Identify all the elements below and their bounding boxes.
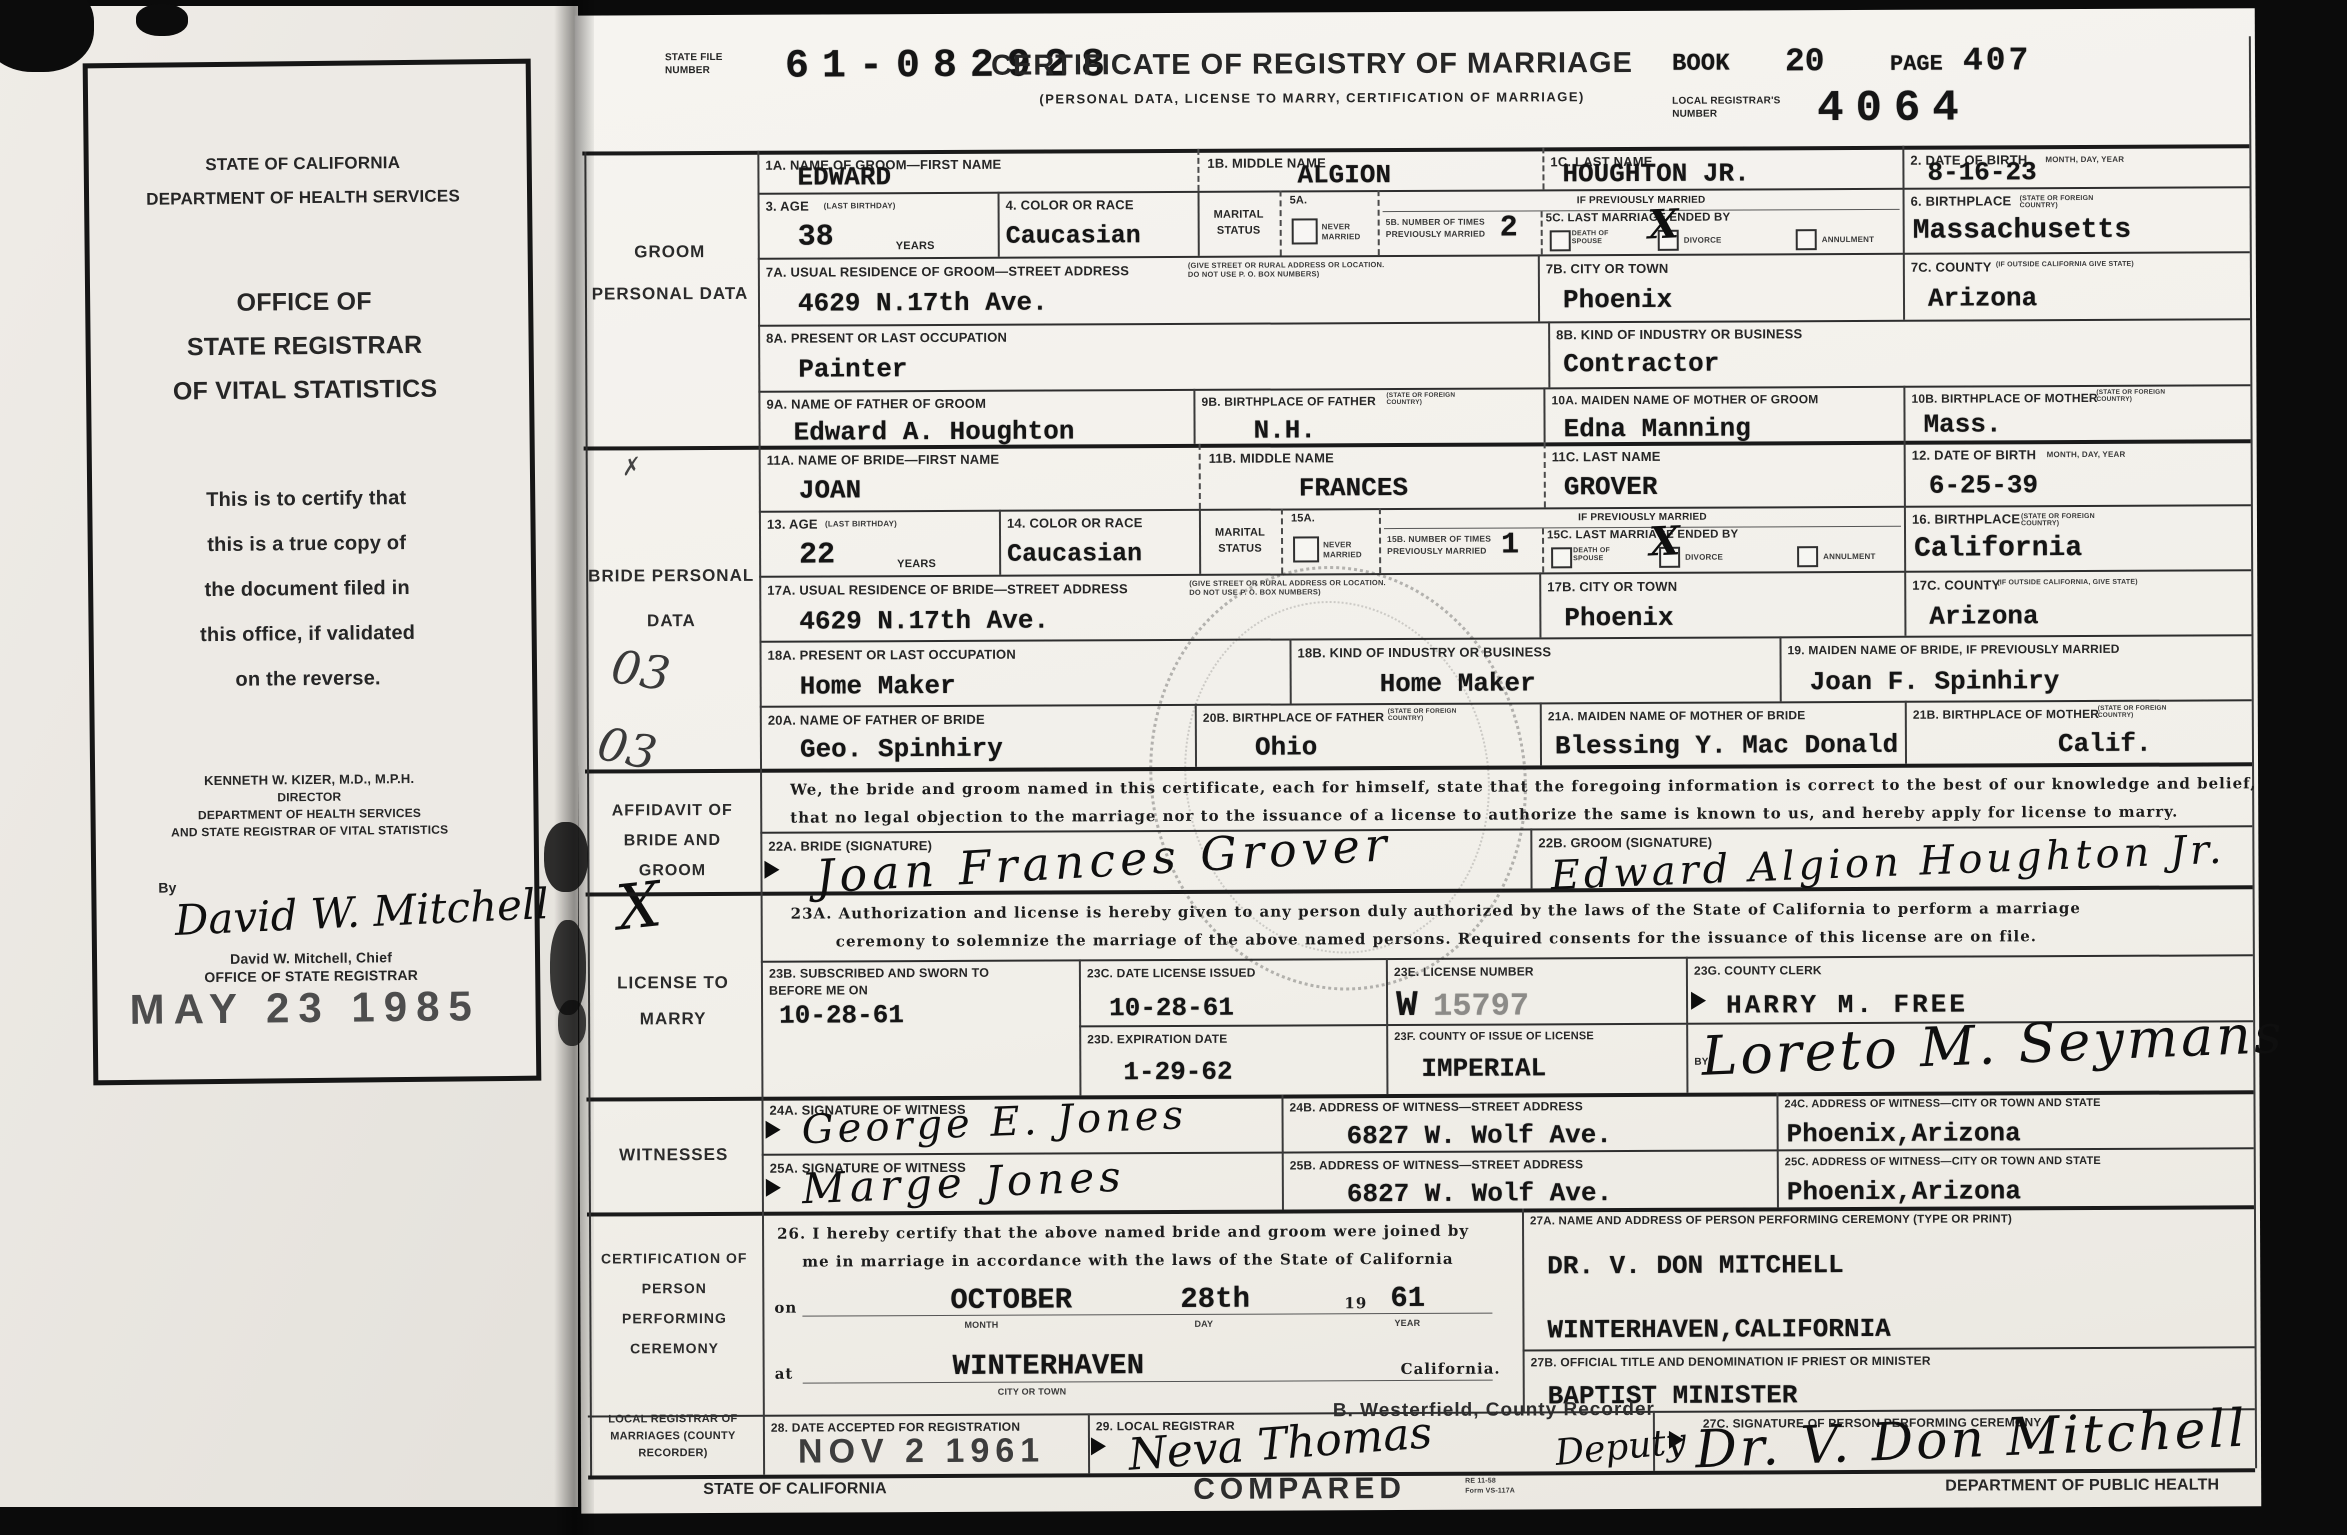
divider	[1193, 389, 1195, 444]
bride-first-name-label: 11A. NAME OF BRIDE—FIRST NAME	[767, 452, 1000, 468]
margin-note-03-a: 03	[608, 639, 674, 701]
ceremony-city-value: WINTERHAVEN	[953, 1349, 1145, 1383]
divider	[1379, 508, 1381, 573]
section-label-bride: BRIDE PERSONAL DATA	[587, 553, 755, 644]
groom-industry-label: 8B. KIND OF INDUSTRY OR BUSINESS	[1556, 326, 1802, 342]
ceremony-day-label: DAY	[1194, 1319, 1213, 1329]
section-label-local-registrar: LOCAL REGISTRAR OF MARRIAGES (COUNTY REC…	[589, 1411, 757, 1463]
divider	[1903, 386, 1905, 441]
scan-artifact	[558, 1000, 586, 1046]
groom-never-married-number: 5A.	[1290, 194, 1308, 206]
groom-first-name-value: EDWARD	[797, 162, 891, 192]
groom-times-married-value: 2	[1500, 211, 1518, 245]
bride-mother-birthplace-value: Calif.	[2058, 729, 2152, 759]
sworn-date-label: 23B. SUBSCRIBED AND SWORN TO BEFORE ME O…	[769, 965, 1009, 1000]
groom-mother-birthplace-sublabel: (STATE OR FOREIGN COUNTRY)	[2096, 389, 2166, 403]
witness2-city-value: Phoenix,Arizona	[1787, 1176, 2021, 1207]
groom-death-of-spouse-checkbox	[1550, 230, 1571, 251]
footer-department: DEPARTMENT OF PUBLIC HEALTH	[1945, 1476, 2219, 1495]
bride-birthplace-sublabel: (STATE OR FOREIGN COUNTRY)	[2021, 513, 2116, 527]
groom-county-value: Arizona	[1928, 283, 2037, 313]
local-registrar-number: 4064	[1817, 84, 1971, 135]
county-clerk-label: 23G. COUNTY CLERK	[1694, 963, 1822, 978]
groom-residence-sublabel: (GIVE STREET OR RURAL ADDRESS OR LOCATIO…	[1188, 260, 1398, 279]
divider	[1378, 190, 1380, 255]
groom-occupation-value: Painter	[798, 354, 907, 384]
ceremony-month-value: OCTOBER	[950, 1283, 1072, 1317]
bride-father-name-label: 20A. NAME OF FATHER OF BRIDE	[768, 712, 985, 728]
groom-dob-value: 8-16-23	[1927, 157, 2036, 187]
groom-city-value: Phoenix	[1563, 285, 1672, 315]
license-number-digits: 15797	[1433, 987, 1529, 1024]
bride-middle-name-label: 11B. MIDDLE NAME	[1209, 450, 1334, 466]
groom-county-label: 7C. COUNTY	[1911, 259, 1992, 274]
witness1-city-value: Phoenix,Arizona	[1787, 1118, 2021, 1149]
divider	[1779, 636, 1781, 701]
ceremony-on-label: on	[774, 1299, 797, 1317]
expiration-date-value: 1-29-62	[1123, 1057, 1232, 1087]
bride-marriage-ended-label: 15C. LAST MARRIAGE ENDED BY	[1547, 529, 1738, 542]
bride-mother-birthplace-label: 21B. BIRTHPLACE OF MOTHER	[1913, 707, 2099, 722]
ceremony-text-line2: me in marriage in accordance with the la…	[802, 1250, 1453, 1271]
bride-maiden-name-value: Joan F. Spinhiry	[1810, 666, 2060, 697]
groom-father-name-value: Edward A. Houghton	[794, 416, 1075, 447]
ceremony-state-label: California.	[1401, 1360, 1501, 1378]
page-value: 407	[1963, 42, 2032, 79]
county-recorder-stamp: B. Westerfield, County Recorder	[1333, 1399, 1655, 1422]
groom-city-label: 7B. CITY OR TOWN	[1546, 261, 1669, 277]
groom-times-married-label: 5B. NUMBER OF TIMES PREVIOUSLY MARRIED	[1386, 216, 1498, 240]
bride-middle-name-value: FRANCES	[1299, 473, 1408, 503]
ceremony-at-label: at	[775, 1365, 794, 1383]
groom-father-birthplace-value: N.H.	[1253, 415, 1316, 445]
registration-date-stamp: NOV 2 1961	[798, 1432, 1045, 1472]
section-label-groom: GROOM PERSONAL DATA	[586, 231, 754, 316]
groom-last-name-value: HOUGHTON JR.	[1562, 158, 1749, 189]
license-number-prefix: W	[1396, 985, 1418, 1026]
bride-county-value: Arizona	[1929, 601, 2038, 631]
bride-maiden-name-label: 19. MAIDEN NAME OF BRIDE, IF PREVIOUSLY …	[1787, 642, 2119, 657]
witness1-street-value: 6827 W. Wolf Ave.	[1347, 1120, 1612, 1151]
bride-mother-name-label: 21A. MAIDEN NAME OF MOTHER OF BRIDE	[1548, 708, 1806, 723]
divider	[1197, 149, 1199, 191]
section-label-witnesses: WITNESSES	[590, 1145, 758, 1166]
groom-middle-name-value: ALGION	[1297, 160, 1391, 190]
bride-never-married-option: NEVER MARRIED	[1323, 540, 1375, 560]
divider	[1544, 442, 1546, 507]
bride-county-sublabel: (IF OUTSIDE CALIFORNIA, GIVE STATE)	[1997, 579, 2138, 587]
bride-county-label: 17C. COUNTY	[1912, 577, 2000, 592]
ceremony-text-line1: 26. I hereby certify that the above name…	[777, 1222, 1469, 1243]
groom-occupation-label: 8A. PRESENT OR LAST OCCUPATION	[766, 330, 1007, 346]
bride-city-label: 17B. CITY OR TOWN	[1547, 579, 1677, 595]
bride-birthplace-value: California	[1914, 533, 2082, 565]
arrow-marker-icon	[766, 1179, 781, 1197]
officiant-title-label: 27B. OFFICIAL TITLE AND DENOMINATION IF …	[1531, 1354, 1931, 1370]
groom-father-birthplace-sublabel: (STATE OR FOREIGN COUNTRY)	[1386, 392, 1456, 406]
license-issued-label: 23C. DATE LICENSE ISSUED	[1087, 966, 1256, 981]
ceremony-year-value: 61	[1390, 1282, 1425, 1315]
groom-never-married-checkbox	[1292, 218, 1318, 244]
groom-county-sublabel: (IF OUTSIDE CALIFORNIA GIVE STATE)	[1996, 261, 2134, 269]
margin-x-mark: X	[613, 867, 665, 944]
bride-times-married-label: 15B. NUMBER OF TIMES PREVIOUSLY MARRIED	[1387, 533, 1499, 557]
bride-mother-birthplace-sublabel: (STATE OR FOREIGN COUNTRY)	[2098, 705, 2168, 719]
bride-city-value: Phoenix	[1564, 603, 1673, 633]
groom-birthplace-value: Massachusetts	[1913, 215, 2132, 247]
county-of-issue-label: 23F. COUNTY OF ISSUE OF LICENSE	[1394, 1030, 1594, 1043]
groom-father-name-label: 9A. NAME OF FATHER OF GROOM	[766, 396, 986, 412]
groom-death-of-spouse-option: DEATH OF SPOUSE	[1572, 230, 1626, 246]
groom-if-previously-married-header: IF PREVIOUSLY MARRIED	[1383, 194, 1900, 207]
bride-divorce-option: DIVORCE	[1685, 553, 1723, 562]
bride-if-previously-married-header: IF PREVIOUSLY MARRIED	[1384, 511, 1901, 524]
bride-annulment-option: ANNULMENT	[1823, 552, 1876, 561]
groom-annulment-option: ANNULMENT	[1822, 235, 1875, 244]
bride-mother-name-value: Blessing Y. Mac Donald	[1555, 730, 1898, 761]
footer-form-number: Form VS-117A	[1465, 1488, 1515, 1495]
scan-artifact	[544, 822, 588, 892]
bride-dob-value: 6-25-39	[1929, 470, 2038, 500]
witness1-city-label: 24C. ADDRESS OF WITNESS—CITY OR TOWN AND…	[1784, 1097, 2100, 1110]
divider	[1905, 701, 1907, 764]
bride-never-married-number: 15A.	[1291, 512, 1315, 524]
officiant-name-value: DR. V. DON MITCHELL	[1547, 1250, 1844, 1281]
bride-age-sublabel: (LAST BIRTHDAY)	[825, 519, 897, 528]
bride-occupation-value: Home Maker	[800, 671, 956, 702]
bride-last-name-label: 11C. LAST NAME	[1552, 449, 1661, 464]
bride-times-married-value: 1	[1501, 528, 1519, 562]
book-label: BOOK	[1672, 51, 1730, 78]
page-fold-shadow	[554, 0, 594, 1535]
ceremony-day-value: 28th	[1180, 1283, 1250, 1316]
divider	[1088, 1413, 1090, 1473]
groom-age-label: 3. AGE	[766, 199, 809, 214]
page-label: PAGE	[1890, 52, 1943, 77]
divider	[1198, 191, 1200, 256]
groom-birthplace-label: 6. BIRTHPLACE	[1911, 193, 2012, 208]
ceremony-city-label: CITY OR TOWN	[998, 1386, 1067, 1396]
groom-divorce-x-mark: X	[1647, 200, 1680, 248]
book-value: 20	[1785, 43, 1825, 80]
scan-artifact	[136, 4, 188, 36]
divider	[1281, 509, 1283, 574]
officiant-name-label: 27A. NAME AND ADDRESS OF PERSON PERFORMI…	[1530, 1213, 2012, 1227]
local-registrar-number-label: LOCAL REGISTRAR'S NUMBER	[1672, 94, 1782, 120]
groom-never-married-option: NEVER MARRIED	[1322, 222, 1374, 242]
divider	[1542, 147, 1544, 189]
form-title: CERTIFICATE OF REGISTRY OF MARRIAGE	[972, 47, 1652, 83]
groom-residence-value: 4629 N.17th Ave.	[798, 288, 1048, 319]
groom-mother-birthplace-value: Mass.	[1923, 409, 2001, 439]
divider	[1539, 572, 1541, 637]
arrow-marker-icon	[766, 1121, 781, 1139]
county-of-issue-value: IMPERIAL	[1421, 1053, 1546, 1084]
bride-dob-label: 12. DATE OF BIRTH	[1912, 447, 2037, 463]
bride-occupation-label: 18A. PRESENT OR LAST OCCUPATION	[768, 647, 1016, 663]
footer-revision-note: RE 11-58	[1465, 1478, 1496, 1485]
ceremony-month-label: MONTH	[964, 1320, 998, 1330]
groom-dob-sublabel: MONTH, DAY, YEAR	[2045, 155, 2124, 164]
section-label-license: LICENSE TO MARRY	[589, 965, 757, 1038]
state-file-label: STATE FILE NUMBER	[665, 51, 727, 77]
bride-first-name-value: JOAN	[799, 475, 862, 505]
form-layer: STATE FILE NUMBER 61-082928 CERTIFICATE …	[0, 0, 2347, 1535]
divider	[1530, 828, 1532, 888]
bride-marital-status-label: MARITAL STATUS	[1205, 525, 1275, 557]
witness2-city-label: 25C. ADDRESS OF WITNESS—CITY OR TOWN AND…	[1785, 1155, 2101, 1168]
bride-father-name-value: Geo. Spinhiry	[800, 734, 1003, 765]
divider	[1542, 528, 1544, 572]
bride-age-unit: YEARS	[897, 558, 936, 570]
divider	[1548, 321, 1550, 387]
form-subtitle: (PERSONAL DATA, LICENSE TO MARRY, CERTIF…	[1002, 89, 1622, 107]
bride-death-of-spouse-option: DEATH OF SPOUSE	[1573, 547, 1627, 563]
sworn-date-value: 10-28-61	[779, 1000, 904, 1031]
divider	[999, 510, 1001, 575]
license-issued-value: 10-28-61	[1109, 993, 1234, 1024]
bride-never-married-checkbox	[1293, 536, 1319, 562]
section-label-certification: CERTIFICATION OF PERSON PERFORMING CEREM…	[590, 1243, 759, 1364]
bride-dob-sublabel: MONTH, DAY, YEAR	[2047, 450, 2126, 459]
divider	[1199, 509, 1201, 574]
groom-annulment-checkbox	[1796, 229, 1817, 250]
bride-age-label: 13. AGE	[767, 517, 818, 532]
footer-state: STATE OF CALIFORNIA	[703, 1480, 887, 1499]
bride-last-name-value: GROVER	[1564, 472, 1658, 502]
groom-marriage-ended-label: 5C. LAST MARRIAGE ENDED BY	[1546, 212, 1731, 225]
bride-race-label: 14. COLOR OR RACE	[1007, 515, 1143, 531]
groom-age-sublabel: (LAST BIRTHDAY)	[824, 201, 896, 210]
groom-birthplace-sublabel: (STATE OR FOREIGN COUNTRY)	[2020, 195, 2115, 209]
groom-race-label: 4. COLOR OR RACE	[1006, 197, 1134, 213]
groom-residence-label: 7A. USUAL RESIDENCE OF GROOM—STREET ADDR…	[766, 263, 1129, 280]
bride-birthplace-label: 16. BIRTHPLACE	[1912, 511, 2020, 526]
ceremony-year-label: YEAR	[1394, 1318, 1420, 1328]
bride-divorce-x-mark: X	[1648, 517, 1681, 565]
arrow-marker-icon	[1691, 992, 1706, 1010]
bride-annulment-checkbox	[1797, 546, 1818, 567]
expiration-date-label: 23D. EXPIRATION DATE	[1087, 1032, 1227, 1047]
divider	[1199, 444, 1201, 509]
divider	[998, 192, 1000, 257]
scanned-marriage-certificate: STATE OF CALIFORNIA DEPARTMENT OF HEALTH…	[0, 0, 2347, 1535]
ceremony-year-prefix: 19	[1344, 1294, 1367, 1312]
groom-divorce-option: DIVORCE	[1684, 236, 1722, 245]
divider	[1280, 191, 1282, 256]
divider	[1543, 387, 1545, 442]
witness1-street-label: 24B. ADDRESS OF WITNESS—STREET ADDRESS	[1289, 1099, 1582, 1114]
groom-marital-status-label: MARITAL STATUS	[1204, 207, 1274, 239]
bride-residence-value: 4629 N.17th Ave.	[799, 606, 1049, 637]
bride-age-value: 22	[799, 538, 835, 572]
arrow-marker-icon	[1091, 1437, 1106, 1455]
groom-mother-name-label: 10A. MAIDEN NAME OF MOTHER OF GROOM	[1551, 392, 1818, 407]
officiant-address-value: WINTERHAVEN,CALIFORNIA	[1547, 1314, 1890, 1345]
arrow-marker-icon	[764, 861, 779, 879]
witness2-street-value: 6827 W. Wolf Ave.	[1347, 1178, 1612, 1209]
bride-death-of-spouse-checkbox	[1551, 547, 1572, 568]
divider	[1540, 702, 1542, 765]
divider	[1541, 211, 1543, 254]
compared-stamp: COMPARED	[1193, 1472, 1406, 1507]
groom-race-value: Caucasian	[1006, 221, 1141, 251]
bride-race-value: Caucasian	[1007, 539, 1142, 569]
groom-father-birthplace-label: 9B. BIRTHPLACE OF FATHER	[1201, 394, 1376, 409]
groom-mother-name-value: Edna Manning	[1563, 413, 1750, 444]
divider	[1538, 254, 1540, 321]
groom-industry-value: Contractor	[1563, 349, 1719, 380]
groom-age-value: 38	[798, 220, 834, 254]
witness2-street-label: 25B. ADDRESS OF WITNESS—STREET ADDRESS	[1290, 1157, 1583, 1172]
groom-mother-birthplace-label: 10B. BIRTHPLACE OF MOTHER	[1911, 391, 2097, 406]
groom-age-unit: YEARS	[896, 240, 935, 252]
bride-residence-label: 17A. USUAL RESIDENCE OF BRIDE—STREET ADD…	[767, 581, 1128, 598]
